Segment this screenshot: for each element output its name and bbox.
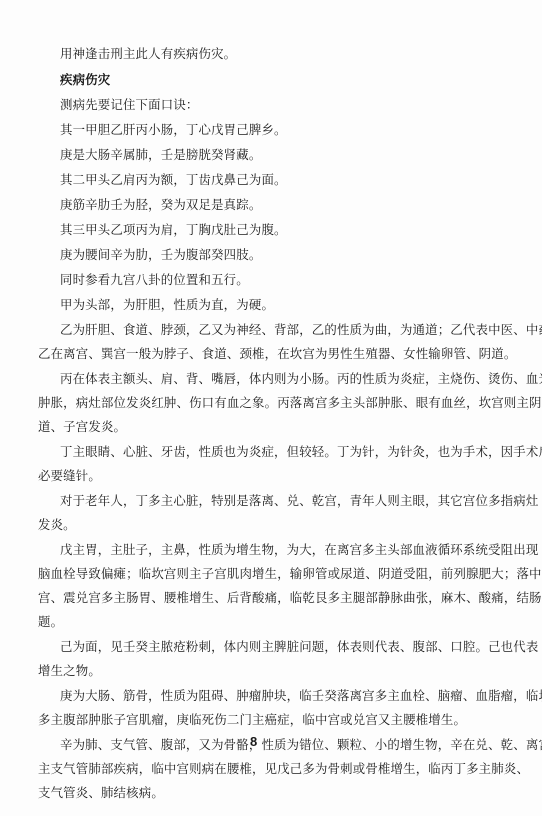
text-line: 乙在离宫、巽宫一般为脖子、食道、颈椎，在坎宫为男性生殖器、女性输卵管、阴道。 [38,346,516,362]
text-line: 其二甲头乙肩丙为额，丁齿戊鼻己为面。 [60,172,287,188]
text-line: 道、子宫发炎。 [38,419,126,435]
text-line: 其三甲头乙项丙为肩，丁胸戊肚己为腹。 [60,222,287,238]
text-line: 庚为腰间辛为肋，壬为腹部癸四肢。 [60,247,261,263]
section-heading: 疾病伤灾 [60,72,110,88]
text-line: 辛为肺、支气管、腹部，又为骨骼，性质为错位、颗粒、小的增生物，辛在兑、乾、离宫多 [60,737,542,753]
text-line: 丙在体表主额头、肩、背、嘴唇，体内则为小肠。丙的性质为炎症，主烧伤、烫伤、血光 [60,371,542,387]
text-line: 增生之物。 [38,663,101,679]
text-line: 支气管炎、肺结核病。 [38,785,164,801]
text-line: 其一甲胆乙肝丙小肠，丁心戊胃己脾乡。 [60,122,287,138]
text-line: 戊主胃，主肚子，主鼻，性质为增生物，为大，在离宫多主头部血液循环系统受阻出现 [60,542,538,558]
text-line: 丁主眼睛、心脏、牙齿，性质也为炎症，但较轻。丁为针，为针灸，也为手术，因手术后 [60,444,542,460]
text-line: 肿胀，病灶部位发炎红肿、伤口有血之象。丙落离宫多主头部肿胀、眼有血丝，坎宫则主阴 [38,395,542,411]
text-line: 同时参看九宫八卦的位置和五行。 [60,272,249,288]
text-line: 测病先要记住下面口诀： [60,97,199,113]
text-line: 脑血栓导致偏瘫；临坎宫则主子宫肌肉增生，输卵管或尿道、阴道受阻，前列腺肥大；落中 [38,566,542,582]
text-line: 庚筋辛肋壬为胫，癸为双足是真踪。 [60,197,261,213]
text-line: 对于老年人，丁多主心脏，特别是落离、兑、乾宫，青年人则主眼，其它宫位多指病灶 [60,493,538,509]
text-line: 主支气管肺部疾病，临中宫则病在腰椎，见戊己多为骨刺或骨椎增生，临丙丁多主肺炎、 [38,761,529,777]
text-line: 多主腹部肿胀子宫肌瘤，庚临死伤二门主癌症，临中宫或兑宫又主腰椎增生。 [38,712,466,728]
text-line: 甲为头部，为肝胆，性质为直，为硬。 [60,297,274,313]
text-line: 发炎。 [38,517,76,533]
text-line: 必要缝针。 [38,468,101,484]
text-line: 庚是大肠辛属肺，壬是膀胱癸肾藏。 [60,147,261,163]
text-line: 题。 [38,614,63,630]
text-line: 庚为大肠、筋骨，性质为阻碍、肿瘤肿块，临壬癸落离宫多主血栓、脑瘤、血脂瘤，临坎 [60,688,542,704]
text-line: 用神逢击刑主此人有疾病伤灾。 [60,46,236,62]
text-line: 己为面，见壬癸主脓疮粉刺，体内则主脾脏问题，体表则代表、腹部、口腔。己也代表 [60,639,538,655]
text-line: 宫、震兑宫多主肠胃、腰椎增生、后背酸痛，临乾艮多主腿部静脉曲张，麻木、酸痛，结肠… [38,590,542,606]
text-line: 乙为肝胆、食道、脖颈，乙又为神经、背部，乙的性质为曲，为通道；乙代表中医、中药。 [60,322,542,338]
page-number: 8 [250,734,257,749]
